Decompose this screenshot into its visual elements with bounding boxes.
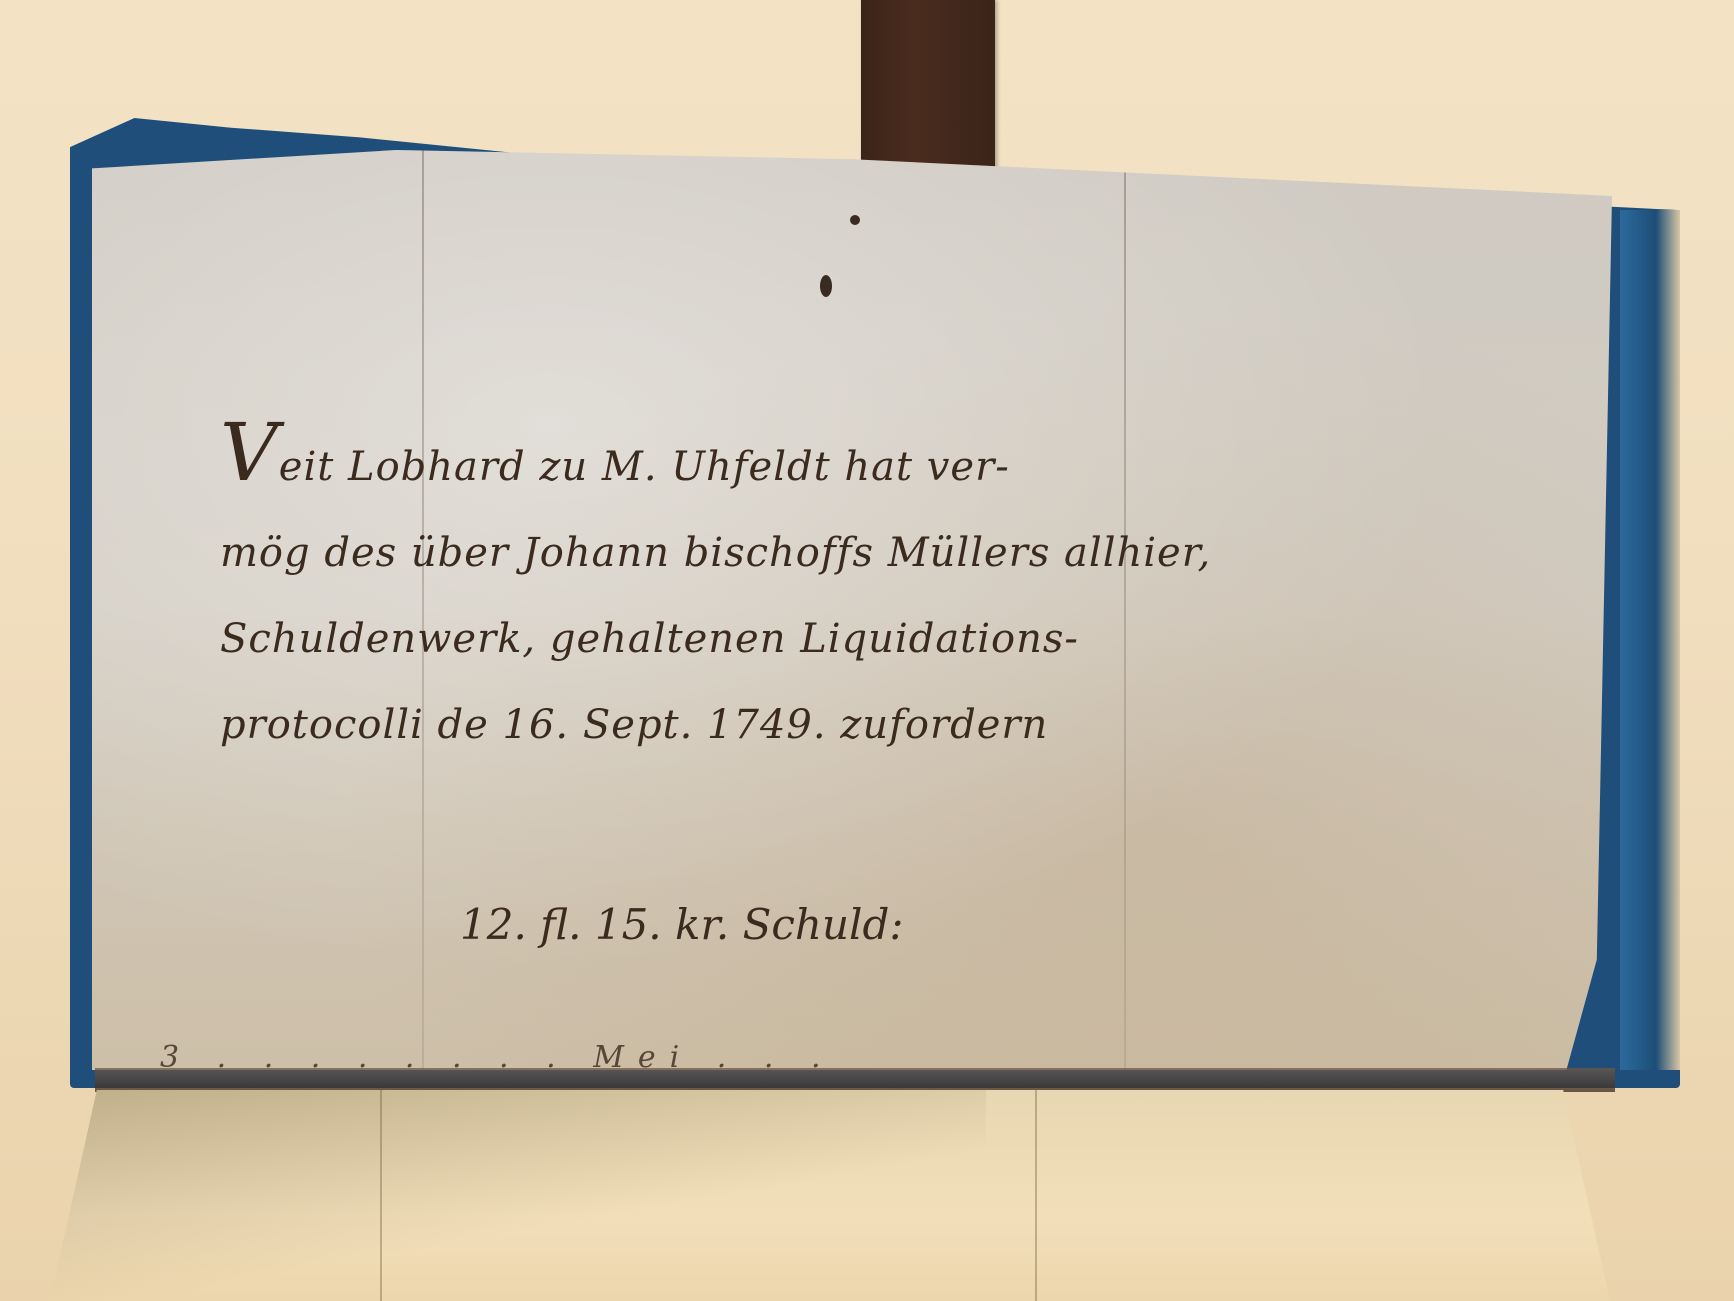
fold-line [1035,1090,1037,1301]
amount-line: 12. fl. 15. kr. Schuld: [460,900,903,949]
lower-page [50,1090,1610,1301]
text-line-4: protocolli de 16. Sept. 1749. zufordern [220,682,1600,768]
cover-edge [1620,210,1680,1070]
punch-hole [850,215,860,225]
text-line-2: mög des über Johann bischoffs Müllers al… [220,510,1600,596]
cut-off-text: 3 . . . . . . . . Mei . . . [160,1040,834,1075]
shadow [50,1090,986,1301]
fold-line [380,1090,382,1301]
punch-hole [820,275,832,297]
text-line-3: Schuldenwerk, gehaltenen Liquidations- [220,596,1600,682]
text-line-1: Veit Lobhard zu M. Uhfeldt hat ver- [220,410,1600,510]
handwritten-text: Veit Lobhard zu M. Uhfeldt hat ver- mög … [220,410,1600,768]
leather-strap [861,0,995,172]
